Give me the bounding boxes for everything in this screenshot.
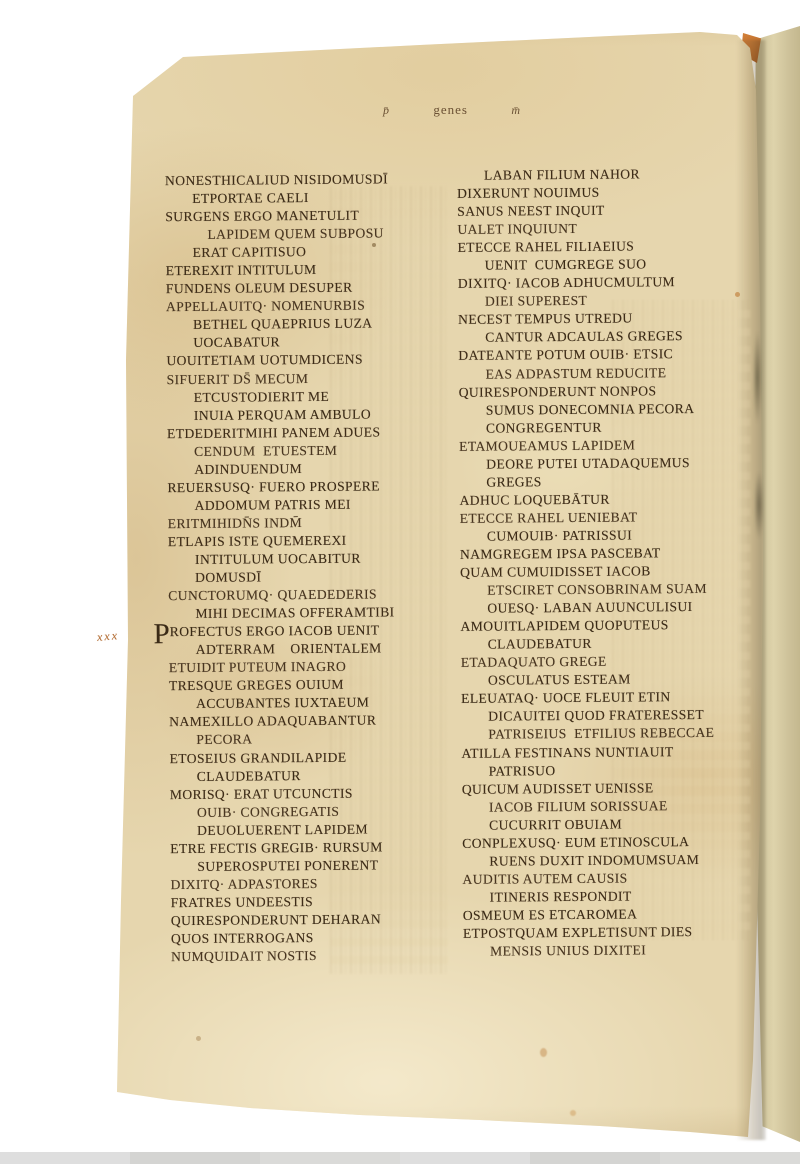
manuscript-line: CONGREGENTUR [459,417,759,437]
manuscript-line: ADHUC LOQUEBĀTUR [459,489,759,509]
manuscript-line: AMOUITLAPIDEM QUOPUTEUS [460,616,760,636]
text-column-left: NONESTHICALIUD NISIDOMUSDĪETPORTAE CAELI… [165,170,471,966]
ink-speck [372,243,376,247]
manuscript-line: ATILLA FESTINANS NUNTIAUIT [461,742,761,762]
manuscript-line: CLAUDEBATUR [461,634,761,654]
manuscript-line: APPELLAUITQ· NOMENURBIS [166,296,466,316]
enlarged-initial: P [154,627,170,641]
manuscript-line: ERAT CAPITISUO [166,242,466,262]
manuscript-line: ETPORTAE CAELI [165,188,465,208]
manuscript-line: ETDEDERITMIHI PANEM ADUES [167,422,467,442]
manuscript-line: ETPOSTQUAM EXPLETISUNT DIES [463,922,763,942]
manuscript-line: PATRISEIUS ETFILIUS REBECCAE [461,724,761,744]
manuscript-line: ADINDUENDUM [167,459,467,479]
manuscript-line: SUPEROSPUTEI PONERENT [170,856,470,876]
stain-spot [540,1048,547,1057]
manuscript-line: OUIB· CONGREGATIS [170,801,470,821]
manuscript-line: ETOSEIUS GRANDILAPIDE [169,747,469,767]
stain-spot [570,1110,576,1116]
manuscript-line: QUIRESPONDERUNT DEHARAN [171,910,471,930]
manuscript-line: INUIA PERQUAM AMBULO [167,404,467,424]
manuscript-line: ADTERRAM ORIENTALEM [169,639,469,659]
manuscript-line: SURGENS ERGO MANETULIT [165,206,465,226]
photo-bottom-strip [0,1152,800,1164]
manuscript-line: SUMUS DONECOMNIA PECORA [459,399,759,419]
stain-spot [196,1036,201,1041]
manuscript-line: PROFECTUS ERGO IACOB UENIT [168,621,468,641]
manuscript-line: DEORE PUTEI UTADAQUEMUS [459,453,759,473]
manuscript-line: INTITULUM UOCABITUR [168,549,468,569]
manuscript-line: AUDITIS AUTEM CAUSIS [462,868,762,888]
manuscript-line: ETECCE RAHEL UENIEBAT [460,507,760,527]
manuscript-line: IACOB FILIUM SORISSUAE [462,796,762,816]
ink-speck [735,292,740,297]
manuscript-line: SANUS NEEST INQUIT [457,201,757,221]
manuscript-line: CANTUR ADCAULAS GREGES [458,327,758,347]
manuscript-line: CENDUM ETUESTEM [167,440,467,460]
manuscript-line: MENSIS UNIUS DIXITEI [463,940,763,960]
manuscript-line: ETECCE RAHEL FILIAEIUS [457,237,757,257]
manuscript-line: ETADAQUATO GREGE [461,652,761,672]
manuscript-line: ETUIDIT PUTEUM INAGRO [169,657,469,677]
manuscript-line: UOCABATUR [166,332,466,352]
manuscript-line: ERITMIHIDN̄S INDM̄ [168,513,468,533]
manuscript-line: CUMOUIB· PATRISSUI [460,525,760,545]
manuscript-line: NUMQUIDAIT NOSTIS [171,946,471,966]
manuscript-line: REUERSUSQ· FUERO PROSPERE [167,477,467,497]
manuscript-line: QUICUM AUDISSET UENISSE [462,778,762,798]
manuscript-line: FUNDENS OLEUM DESUPER [166,278,466,298]
manuscript-line: QUAM CUMUIDISSET IACOB [460,562,760,582]
manuscript-line: UOUITETIAM UOTUMDICENS [166,350,466,370]
manuscript-line: ITINERIS RESPONDIT [463,886,763,906]
manuscript-line: ETEREXIT INTITULUM [166,260,466,280]
manuscript-line: NECEST TEMPUS UTREDU [458,309,758,329]
manuscript-line: CUCURRIT OBUIAM [462,814,762,834]
manuscript-line: FRATRES UNDEESTIS [171,892,471,912]
manuscript-line: NAMGREGEM IPSA PASCEBAT [460,543,760,563]
text-block: NONESTHICALIUD NISIDOMUSDĪETPORTAE CAELI… [0,0,800,1164]
manuscript-line: ETRE FECTIS GREGIB· RURSUM [170,838,470,858]
manuscript-line: LABAN FILIUM NAHOR [457,164,757,184]
manuscript-line: UALET INQUIUNT [457,219,757,239]
manuscript-line: QUIRESPONDERUNT NONPOS [459,381,759,401]
manuscript-line: ETSCIRET CONSOBRINAM SUAM [460,580,760,600]
manuscript-line: PATRISUO [462,760,762,780]
manuscript-line: QUOS INTERROGANS [171,928,471,948]
manuscript-line: ETLAPIS ISTE QUEMEREXI [168,531,468,551]
manuscript-line: UENIT CUMGREGE SUO [458,255,758,275]
manuscript-line: OSCULATUS ESTEAM [461,670,761,690]
manuscript-line: NONESTHICALIUD NISIDOMUSDĪ [165,170,465,190]
manuscript-line: TRESQUE GREGES OUIUM [169,675,469,695]
manuscript-line: SIFUERIT DS̄ MECUM [167,368,467,388]
manuscript-line: DIXERUNT NOUIMUS [457,183,757,203]
manuscript-line: RUENS DUXIT INDOMUMSUAM [462,850,762,870]
manuscript-line: CUNCTORUMQ· QUAEDEDERIS [168,585,468,605]
manuscript-line: CLAUDEBATUR [170,765,470,785]
manuscript-line: ACCUBANTES IUXTAEUM [169,693,469,713]
manuscript-line: ETAMOUEAMUS LAPIDEM [459,435,759,455]
manuscript-line: EAS ADPASTUM REDUCITE [458,363,758,383]
manuscript-line: DIXITQ· IACOB ADHUCMULTUM [458,273,758,293]
manuscript-line: DEUOLUERENT LAPIDEM [170,819,470,839]
manuscript-line: CONPLEXUSQ· EUM ETINOSCULA [462,832,762,852]
manuscript-line: MIHI DECIMAS OFFERAMTIBI [168,603,468,623]
manuscript-line: NAMEXILLO ADAQUABANTUR [169,711,469,731]
manuscript-line: OUESQ· LABAN AUUNCULISUI [460,598,760,618]
manuscript-line: ELEUATAQ· UOCE FLEUIT ETIN [461,688,761,708]
manuscript-line: GREGES [459,471,759,491]
manuscript-line: DATEANTE POTUM OUIB· ETSIC [458,345,758,365]
manuscript-line: DOMUSDĪ [168,567,468,587]
manuscript-line: ADDOMUM PATRIS MEI [167,495,467,515]
text-column-right: LABAN FILIUM NAHORDIXERUNT NOUIMUSSANUS … [457,164,763,960]
manuscript-line: LAPIDEM QUEM SUBPOSU [165,224,465,244]
manuscript-line: PECORA [169,729,469,749]
manuscript-line: ETCUSTODIERIT ME [167,386,467,406]
manuscript-line: BETHEL QUAEPRIUS LUZA [166,314,466,334]
manuscript-line: OSMEUM ES ETCAROMEA [463,904,763,924]
manuscript-line: DICAUITEI QUOD FRATERESSET [461,706,761,726]
manuscript-line: DIEI SUPEREST [458,291,758,311]
manuscript-line: MORISQ· ERAT UTCUNCTIS [170,783,470,803]
manuscript-line: DIXITQ· ADPASTORES [170,874,470,894]
